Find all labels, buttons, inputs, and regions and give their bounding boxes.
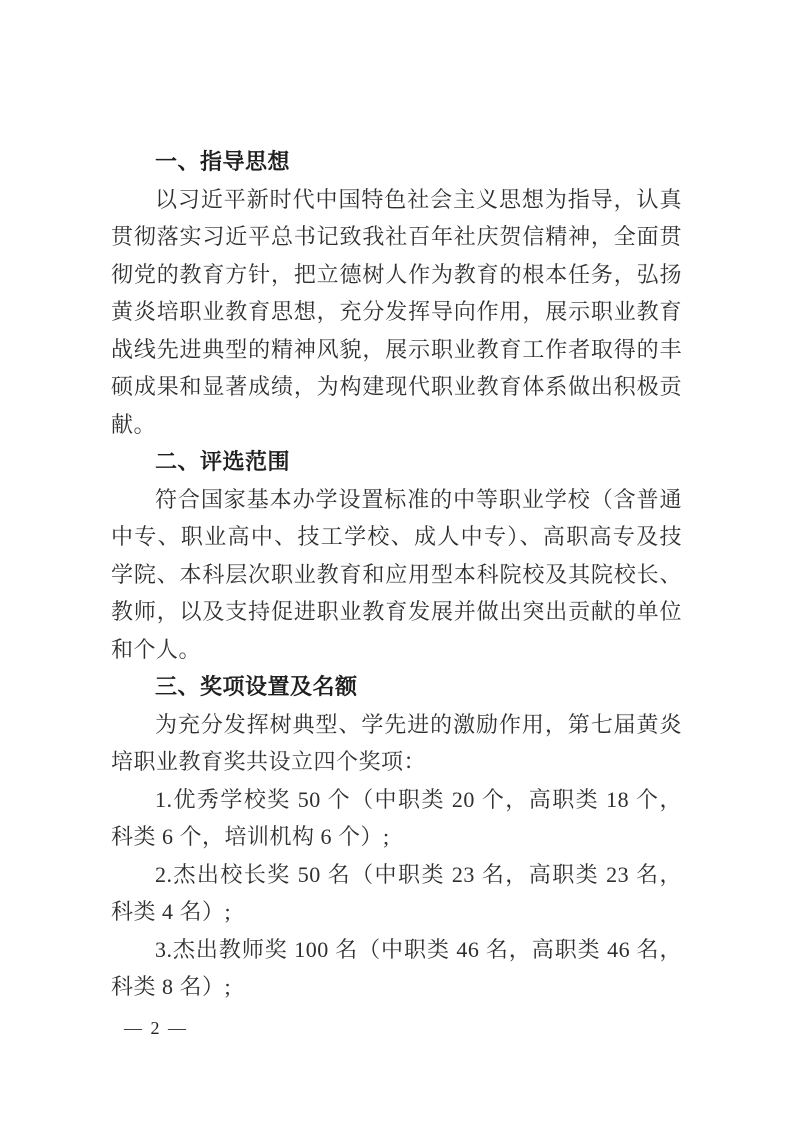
document-line: 中专、职业高中、技工学校、成人中专）、高职高专及技师 bbox=[111, 518, 682, 556]
section-heading-selection-scope: 二、评选范围 bbox=[111, 443, 682, 481]
document-body: 一、指导思想 以习近平新时代中国特色社会主义思想为指导，认真 贯彻落实习近平总书… bbox=[111, 143, 682, 1006]
section-heading-awards-and-quotas: 三、奖项设置及名额 bbox=[111, 668, 682, 706]
award-item-line: 1.优秀学校奖 50 个（中职类 20 个，高职类 18 个，本 bbox=[111, 781, 682, 819]
award-item-line: 科类 6 个，培训机构 6 个）; bbox=[111, 818, 682, 856]
award-item-line: 科类 4 名）; bbox=[111, 893, 682, 931]
document-line: 符合国家基本办学设置标准的中等职业学校（含普通 bbox=[111, 481, 682, 519]
page-number: — 2 — bbox=[124, 1015, 188, 1041]
document-line: 黄炎培职业教育思想，充分发挥导向作用，展示职业教育 bbox=[111, 293, 682, 331]
document-line: 硕成果和显著成绩，为构建现代职业教育体系做出积极贡 bbox=[111, 368, 682, 406]
document-line: 战线先进典型的精神风貌，展示职业教育工作者取得的丰 bbox=[111, 331, 682, 369]
document-page: { "document": { "blocks": [ { "type": "h… bbox=[0, 0, 793, 1122]
award-item-line: 科类 8 名）; bbox=[111, 968, 682, 1006]
document-line: 教师，以及支持促进职业教育发展并做出突出贡献的单位 bbox=[111, 593, 682, 631]
award-item-line: 3.杰出教师奖 100 名（中职类 46 名，高职类 46 名，本 bbox=[111, 931, 682, 969]
document-line: 贯彻落实习近平总书记致我社百年社庆贺信精神，全面贯 bbox=[111, 218, 682, 256]
document-line: 以习近平新时代中国特色社会主义思想为指导，认真 bbox=[111, 181, 682, 219]
section-heading-guiding-ideology: 一、指导思想 bbox=[111, 143, 682, 181]
document-line: 彻党的教育方针，把立德树人作为教育的根本任务，弘扬 bbox=[111, 256, 682, 294]
document-line: 和个人。 bbox=[111, 631, 682, 669]
award-item-line: 2.杰出校长奖 50 名（中职类 23 名，高职类 23 名，本 bbox=[111, 856, 682, 894]
document-line: 献。 bbox=[111, 406, 682, 444]
document-line: 培职业教育奖共设立四个奖项： bbox=[111, 743, 682, 781]
document-line: 为充分发挥树典型、学先进的激励作用，第七届黄炎 bbox=[111, 706, 682, 744]
document-line: 学院、本科层次职业教育和应用型本科院校及其院校长、 bbox=[111, 556, 682, 594]
